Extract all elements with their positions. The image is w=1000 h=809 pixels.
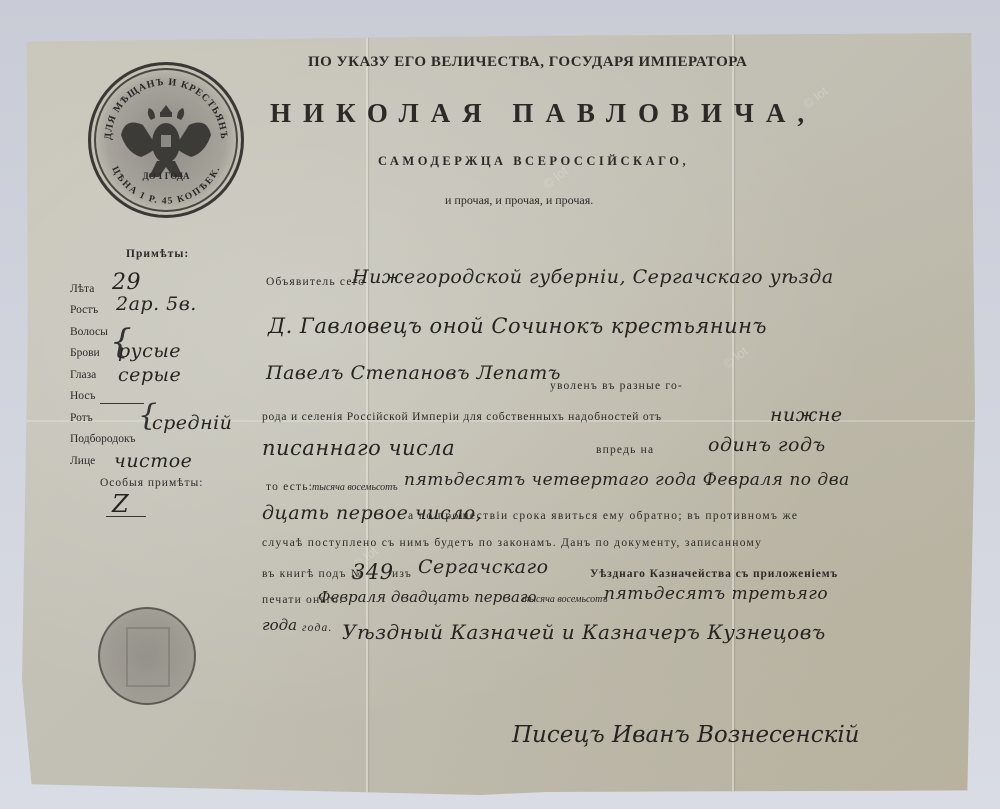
fold-line — [732, 30, 734, 795]
body-text: въ книгѣ подъ № — [262, 568, 363, 580]
sign-value: средній — [152, 412, 232, 434]
signs-title: Примѣты: — [126, 248, 189, 260]
special-signs-value: Z — [112, 490, 129, 518]
body-text: а по прошествіи срока явиться ему обратн… — [408, 510, 798, 522]
handwritten-entry: Сергачскаго — [418, 556, 549, 578]
handwritten-entry: одинъ годъ — [708, 434, 826, 456]
header-emperor-name: НИКОЛАЯ ПАВЛОВИЧА, — [270, 98, 816, 129]
sign-value: 29 — [112, 270, 141, 295]
sign-label: Ростъ — [70, 304, 98, 316]
sign-label: Лѣта — [70, 283, 94, 295]
body-text: случаѣ поступлено съ нимъ будетъ по зако… — [262, 537, 762, 549]
sign-label: Глаза — [70, 369, 96, 381]
header-line-3: САМОДЕРЖЦА ВСЕРОССІЙСКАГО, — [378, 154, 689, 169]
body-text: Объявитель сего — [266, 276, 365, 288]
sign-value: чистое — [114, 450, 192, 472]
seal-emblem-icon — [126, 627, 170, 687]
sign-value: серые — [118, 364, 181, 386]
body-text: впредь на — [596, 444, 654, 456]
body-text: года. — [302, 622, 333, 634]
handwritten-entry: пятьдесятъ четвертаго года Февраля по дв… — [404, 470, 850, 490]
body-text: то есть: — [266, 481, 313, 493]
treasury-seal — [98, 607, 196, 705]
sign-label: Лице — [70, 455, 95, 467]
sign-value: русые — [118, 340, 181, 362]
sign-value: 2ар. 5в. — [116, 293, 197, 315]
sign-label: Подбородокъ — [70, 433, 135, 445]
handwritten-entry: пятьдесятъ третьяго — [604, 584, 828, 604]
treasurer-signature: Уѣздный Казначей и Казначеръ Кузнецовъ — [342, 620, 826, 644]
handwritten-entry: Д. Гавловецъ оной Сочинокъ крестьянинъ — [268, 314, 767, 338]
handwritten-entry: нижне — [770, 404, 843, 426]
handwritten-entry: Нижегородской губерніи, Сергачскаго уѣзд… — [352, 266, 834, 288]
special-signs-label: Особыя примѣты: — [100, 477, 203, 489]
header-line-1: ПО УКАЗУ ЕГО ВЕЛИЧЕСТВА, ГОСУДАРЯ ИМПЕРА… — [308, 54, 747, 71]
handwritten-entry: Павелъ Степановъ Лепатъ — [266, 362, 561, 384]
handwritten-entry: года — [262, 616, 297, 634]
header-line-4: и прочая, и прочая, и прочая. — [445, 193, 593, 208]
clerk-signature: Писецъ Иванъ Вознесенскій — [512, 722, 859, 748]
body-text: уволенъ въ разные го- — [550, 380, 683, 392]
book-number: 349 — [352, 560, 394, 584]
body-text: Уѣзднаго Казначейства съ приложеніемъ — [590, 568, 838, 580]
body-text: тысяча восемьсотъ — [522, 594, 608, 605]
sign-label: Ротъ — [70, 412, 93, 424]
handwritten-entry: Февраля двадцать перваго — [318, 588, 537, 606]
blank-line — [106, 516, 146, 517]
sign-label: Волосы — [70, 326, 108, 338]
body-text: изъ — [392, 568, 412, 580]
double-headed-eagle-icon: ДЛЯ МѢЩАНЪ И КРЕСТЬЯНЪ ЦѢНА 1 Р. 45 КОПѢ… — [91, 65, 241, 215]
sign-label: Брови — [70, 347, 100, 359]
body-text: тысяча восемьсотъ — [312, 482, 398, 493]
sign-label: Носъ — [70, 390, 95, 402]
handwritten-entry: писаннаго числа — [262, 436, 455, 460]
body-text: рода и селенія Россійской Имперіи для со… — [262, 411, 662, 423]
tax-stamp-emblem: ДЛЯ МѢЩАНЪ И КРЕСТЬЯНЪ ЦѢНА 1 Р. 45 КОПѢ… — [88, 62, 244, 218]
svg-text:ДО 1 ГОДА: ДО 1 ГОДА — [143, 171, 190, 181]
